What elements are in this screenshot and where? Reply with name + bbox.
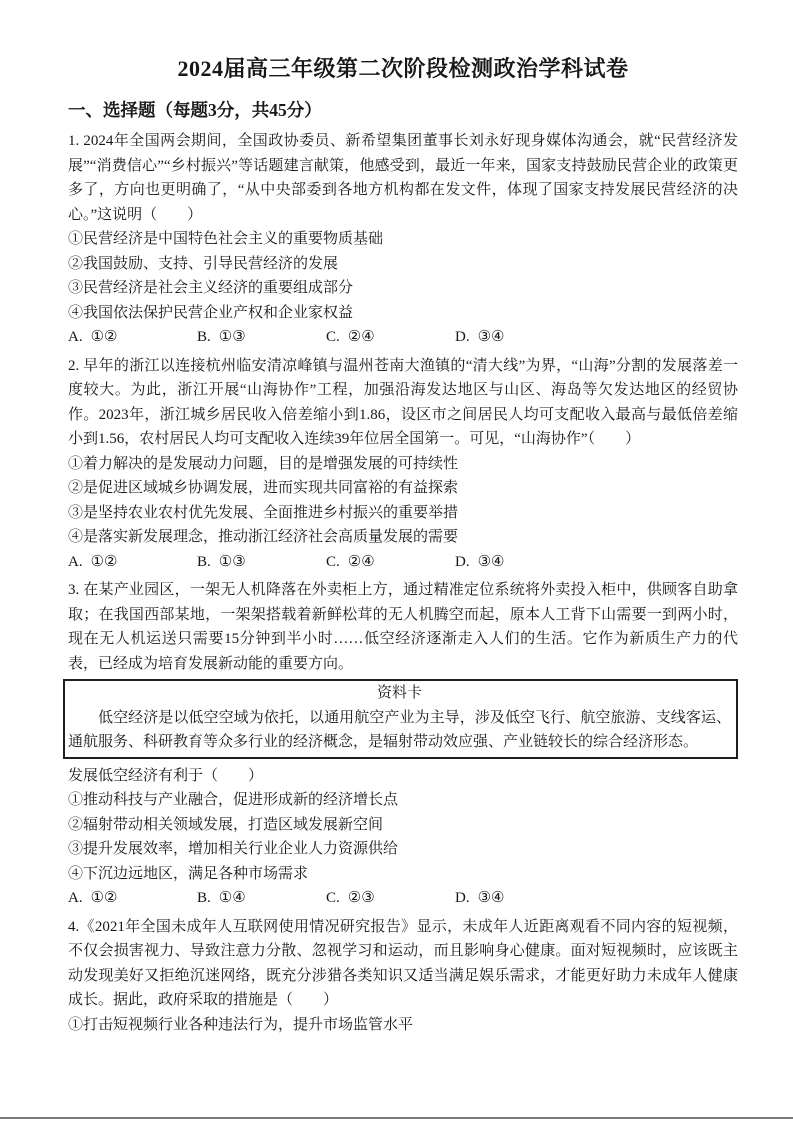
choice-combo: ①③ <box>219 554 246 570</box>
question-1-statement-2: ②我国鼓励、支持、引导民营经济的发展 <box>68 252 738 277</box>
question-3-stem: 3. 在某产业园区，一架无人机降落在外卖柜上方，通过精准定位系统将外卖投入柜中，… <box>68 578 738 676</box>
question-3: 3. 在某产业园区，一架无人机降落在外卖柜上方，通过精准定位系统将外卖投入柜中，… <box>68 578 738 911</box>
section-heading: 一、选择题（每题3分，共45分） <box>68 97 738 124</box>
question-2-choice-row: A.①② B.①③ C.②④ D.③④ <box>68 550 738 575</box>
question-1-choice-d: D.③④ <box>455 325 505 350</box>
question-1-choice-a: A.①② <box>68 325 197 350</box>
question-3-choice-c: C.②③ <box>326 886 455 911</box>
choice-combo: ①② <box>91 554 118 570</box>
choice-letter: C. <box>326 554 340 570</box>
choice-combo: ①② <box>91 329 118 345</box>
choice-letter: B. <box>197 329 211 345</box>
question-2-statement-2: ②是促进区域城乡协调发展，进而实现共同富裕的有益探索 <box>68 476 738 501</box>
choice-combo: ③④ <box>478 890 505 906</box>
choice-letter: C. <box>326 890 340 906</box>
page-content: 2024届高三年级第二次阶段检测政治学科试卷 一、选择题（每题3分，共45分） … <box>68 54 738 1037</box>
page-bottom-separator <box>0 1117 793 1119</box>
choice-combo: ①④ <box>219 890 246 906</box>
choice-combo: ①② <box>91 890 118 906</box>
question-2-choice-b: B.①③ <box>197 550 326 575</box>
question-4-stem: 4.《2021年全国未成年人互联网使用情况研究报告》显示，未成年人近距离观看不同… <box>68 915 738 1013</box>
question-3-lead-in: 发展低空经济有利于（ ） <box>68 764 738 789</box>
choice-letter: B. <box>197 890 211 906</box>
page-title: 2024届高三年级第二次阶段检测政治学科试卷 <box>68 54 738 84</box>
question-2-stem: 2. 早年的浙江以连接杭州临安清凉峰镇与温州苍南大渔镇的“清大线”为界，“山海”… <box>68 354 738 452</box>
question-2-choice-a: A.①② <box>68 550 197 575</box>
question-3-choice-d: D.③④ <box>455 886 505 911</box>
choice-letter: D. <box>455 329 470 345</box>
question-1: 1. 2024年全国两会期间，全国政协委员、新希望集团董事长刘永好现身媒体沟通会… <box>68 129 738 350</box>
choice-combo: ①③ <box>219 329 246 345</box>
choice-letter: A. <box>68 554 83 570</box>
choice-letter: B. <box>197 554 211 570</box>
question-1-choice-b: B.①③ <box>197 325 326 350</box>
choice-letter: D. <box>455 890 470 906</box>
question-3-choice-row: A.①② B.①④ C.②③ D.③④ <box>68 886 738 911</box>
question-1-choice-row: A.①② B.①③ C.②④ D.③④ <box>68 325 738 350</box>
question-3-statement-4: ④下沉边远地区，满足各种市场需求 <box>68 862 738 887</box>
choice-letter: A. <box>68 329 83 345</box>
choice-combo: ③④ <box>478 329 505 345</box>
choice-combo: ③④ <box>478 554 505 570</box>
question-2-statement-3: ③是坚持农业农村优先发展、全面推进乡村振兴的重要举措 <box>68 501 738 526</box>
question-2-choice-c: C.②④ <box>326 550 455 575</box>
question-2: 2. 早年的浙江以连接杭州临安清凉峰镇与温州苍南大渔镇的“清大线”为界，“山海”… <box>68 354 738 575</box>
choice-combo: ②③ <box>348 890 375 906</box>
question-3-statement-2: ②辐射带动相关领域发展，打造区域发展新空间 <box>68 813 738 838</box>
choice-combo: ②④ <box>348 554 375 570</box>
question-1-choice-c: C.②④ <box>326 325 455 350</box>
question-3-statement-1: ①推动科技与产业融合，促进形成新的经济增长点 <box>68 788 738 813</box>
info-card: 资料卡 低空经济是以低空空域为依托，以通用航空产业为主导，涉及低空飞行、航空旅游… <box>63 679 738 759</box>
choice-letter: C. <box>326 329 340 345</box>
question-2-choice-d: D.③④ <box>455 550 505 575</box>
question-3-statement-3: ③提升发展效率，增加相关行业企业人力资源供给 <box>68 837 738 862</box>
question-3-choice-b: B.①④ <box>197 886 326 911</box>
question-1-statement-4: ④我国依法保护民营企业产权和企业家权益 <box>68 301 738 326</box>
info-card-body: 低空经济是以低空空域为依托，以通用航空产业为主导，涉及低空飞行、航空旅游、支线客… <box>68 706 731 755</box>
exam-paper-page: { "paper": { "title": "2024届高三年级第二次阶段检测政… <box>0 0 793 1122</box>
question-3-choice-a: A.①② <box>68 886 197 911</box>
choice-combo: ②④ <box>348 329 375 345</box>
question-2-statement-1: ①着力解决的是发展动力问题，目的是增强发展的可持续性 <box>68 452 738 477</box>
info-card-title: 资料卡 <box>68 681 731 706</box>
choice-letter: D. <box>455 554 470 570</box>
question-1-stem: 1. 2024年全国两会期间，全国政协委员、新希望集团董事长刘永好现身媒体沟通会… <box>68 129 738 227</box>
question-1-statement-1: ①民营经济是中国特色社会主义的重要物质基础 <box>68 227 738 252</box>
question-4-statement-1: ①打击短视频行业各种违法行为，提升市场监管水平 <box>68 1013 738 1038</box>
question-4: 4.《2021年全国未成年人互联网使用情况研究报告》显示，未成年人近距离观看不同… <box>68 915 738 1038</box>
choice-letter: A. <box>68 890 83 906</box>
question-1-statement-3: ③民营经济是社会主义经济的重要组成部分 <box>68 276 738 301</box>
question-2-statement-4: ④是落实新发展理念，推动浙江经济社会高质量发展的需要 <box>68 525 738 550</box>
